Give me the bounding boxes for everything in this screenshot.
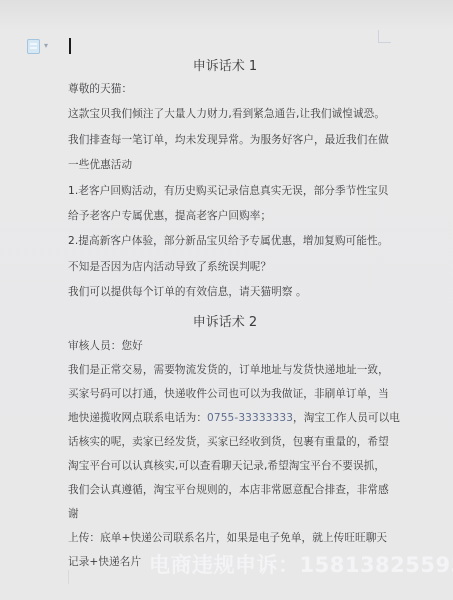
doc-line[interactable]: 我们会认真遵循，淘宝平台规则的，本店非常愿意配合排查，非常感 xyxy=(68,478,384,502)
doc-line[interactable]: 不知是否因为店内活动导致了系统误判呢？ xyxy=(68,255,384,280)
doc-line[interactable]: 我们可以提供每个订单的有效信息，请天猫明察 。 xyxy=(68,280,384,305)
doc-line[interactable]: 我们是正常交易，需要物流发货的，订单地址与发货快递地址一致， xyxy=(68,358,384,382)
doc-line[interactable]: 审核人员：您好 xyxy=(68,334,384,358)
chevron-down-icon[interactable]: ▾ xyxy=(44,41,48,51)
doc-line[interactable]: 话核实的呢，卖家已经发货，买家已经收到货，包裹有重量的，希望 xyxy=(68,430,384,454)
phone-number[interactable]: 0755-33333333 xyxy=(207,412,293,424)
section1-body[interactable]: 尊敬的天猫： 这款宝贝我们倾注了大量人力财力,看到紧急通告,让我们诚惶诚恐。 我… xyxy=(68,77,384,306)
doc-line[interactable]: 尊敬的天猫： xyxy=(68,77,384,102)
doc-line[interactable]: 一些优惠活动 xyxy=(68,153,384,178)
doc-line-phone[interactable]: 地快递揽收网点联系电话为：0755-33333333，淘宝工作人员可以电 xyxy=(68,406,384,430)
paste-options-icon[interactable] xyxy=(27,39,40,54)
text-cursor xyxy=(69,38,71,54)
section2-title[interactable]: 申诉话术 2 xyxy=(68,316,382,330)
section2-body[interactable]: 审核人员：您好 我们是正常交易，需要物流发货的，订单地址与发货快递地址一致， 买… xyxy=(68,334,384,574)
doc-line[interactable]: 买家号码可以打通，快递收件公司也可以为我做证，非刷单订单，当 xyxy=(68,382,384,406)
watermark: 电商违规申诉：15813825595 xyxy=(149,549,453,579)
doc-line[interactable]: 这款宝贝我们倾注了大量人力财力,看到紧急通告,让我们诚惶诚恐。 xyxy=(68,102,384,127)
doc-line[interactable]: 1.老客户回购活动，有历史购买记录信息真实无误，部分季节性宝贝 xyxy=(68,179,384,204)
doc-line[interactable]: 给予老客户专属优惠，提高老客户回购率； xyxy=(68,204,384,229)
document-page: ▾ 申诉话术 1 尊敬的天猫： 这款宝贝我们倾注了大量人力财力,看到紧急通告,让… xyxy=(0,0,453,600)
doc-line[interactable]: 我们排查每一笔订单，均未发现异常。为服务好客户，最近我们在做 xyxy=(68,128,384,153)
doc-line[interactable]: 2.提高新客户体验，部分新品宝贝给予专属优惠，增加复购可能性。 xyxy=(68,229,384,254)
phone-line-pre: 地快递揽收网点联系电话为： xyxy=(68,412,207,424)
doc-line[interactable]: 淘宝平台可以认真核实,可以查看聊天记录,希望淘宝平台不要误抓， xyxy=(68,454,384,478)
phone-line-post: ，淘宝工作人员可以电 xyxy=(293,412,400,424)
section1-title[interactable]: 申诉话术 1 xyxy=(68,60,382,74)
margin-corner-mark xyxy=(378,30,391,43)
doc-line[interactable]: 上传：底单+快递公司联系名片，如果是电子免单，就上传旺旺聊天 xyxy=(68,526,384,550)
doc-line[interactable]: 谢 xyxy=(68,502,384,526)
